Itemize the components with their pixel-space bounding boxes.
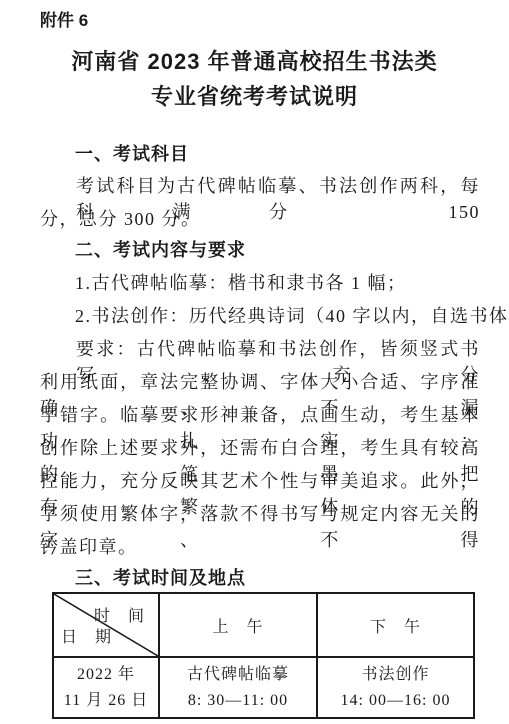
- section1-paragraph-line2: 分，总分 300 分。: [40, 205, 480, 231]
- afternoon-subject: 书法创作: [318, 662, 473, 688]
- section1-heading: 一、考试科目: [75, 140, 189, 166]
- afternoon-time: 14: 00—16: 00: [318, 688, 473, 714]
- section2-item2: 2.书法创作：历代经典诗词（40 字以内，自选书体）；: [75, 302, 480, 328]
- requirements-line-7: 钤盖印章。: [40, 533, 480, 559]
- table-header-row: 时 间 日 期 上 午 下 午: [53, 593, 474, 657]
- exam-date-year: 2022 年: [54, 662, 158, 688]
- section2-heading: 二、考试内容与要求: [75, 236, 246, 262]
- attachment-label: 附件 6: [40, 6, 88, 31]
- cell-exam-date: 2022 年 11 月 26 日: [53, 657, 159, 718]
- cell-afternoon-exam: 书法创作 14: 00—16: 00: [317, 657, 474, 718]
- section3-heading: 三、考试时间及地点: [75, 564, 246, 590]
- document-title-line2: 专业省统考考试说明: [0, 80, 509, 111]
- cell-morning-exam: 古代碑帖临摹 8: 30—11: 00: [159, 657, 317, 718]
- table-corner-cell: 时 间 日 期: [53, 593, 159, 657]
- morning-subject: 古代碑帖临摹: [160, 662, 316, 688]
- document-page: 附件 6 河南省 2023 年普通高校招生书法类 专业省统考考试说明 一、考试科…: [0, 0, 509, 724]
- morning-time: 8: 30—11: 00: [160, 688, 316, 714]
- corner-label-time: 时 间: [94, 603, 145, 626]
- section2-item1: 1.古代碑帖临摹：楷书和隶书各 1 幅；: [75, 269, 480, 295]
- document-title-line1: 河南省 2023 年普通高校招生书法类: [0, 45, 509, 76]
- header-afternoon: 下 午: [317, 593, 474, 657]
- exam-date-day: 11 月 26 日: [54, 688, 158, 714]
- table-data-row: 2022 年 11 月 26 日 古代碑帖临摹 8: 30—11: 00 书法创…: [53, 657, 474, 718]
- corner-label-date: 日 期: [61, 624, 112, 647]
- header-morning: 上 午: [159, 593, 317, 657]
- exam-schedule-table: 时 间 日 期 上 午 下 午 2022 年 11 月 26 日 古代碑帖临摹 …: [52, 592, 475, 719]
